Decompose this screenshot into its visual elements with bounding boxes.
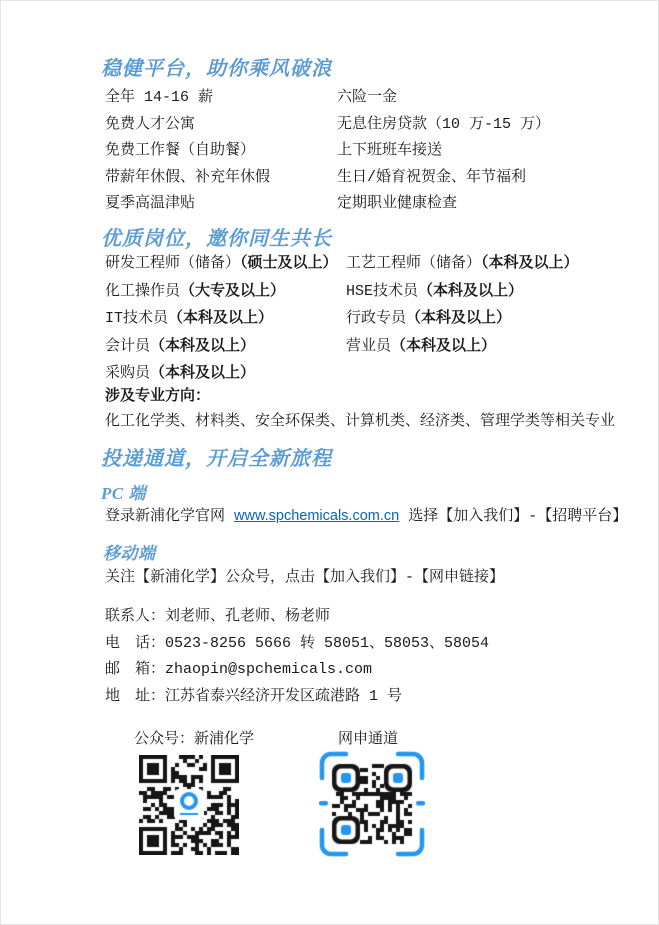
pc-channel-line: 登录新浦化学官网 www.spchemicals.com.cn 选择【加入我们】… (105, 504, 627, 525)
position-requirement: （本科及以上） (168, 310, 273, 327)
apply-section-heading: 投递通道，开启全新旅程 (101, 442, 332, 471)
wechat-qr-code (139, 755, 239, 855)
position-item: IT技术员（本科及以上） (105, 305, 346, 333)
contact-block: 联系人：刘老师、孔老师、杨老师 电 话：0523-8256 5666 转 580… (105, 604, 489, 710)
official-website-link[interactable]: www.spchemicals.com.cn (234, 508, 399, 524)
positions-list: 研发工程师（储备）（硕士及以上） 工艺工程师（储备）（本科及以上） 化工操作员（… (105, 250, 579, 388)
position-requirement: （本科及以上） (406, 310, 511, 327)
position-item: 会计员（本科及以上） (105, 333, 346, 361)
benefit-item: 夏季高温津贴 (105, 191, 337, 218)
position-requirement: （本科及以上） (150, 338, 255, 355)
position-item: 化工操作员（大专及以上） (105, 278, 346, 306)
position-item (346, 360, 579, 388)
position-requirement: （本科及以上） (391, 338, 496, 355)
position-item: 营业员（本科及以上） (346, 333, 579, 361)
position-item: HSE技术员（本科及以上） (346, 278, 579, 306)
position-requirement: （本科及以上） (418, 283, 523, 300)
benefit-item: 全年 14-16 薪 (105, 85, 337, 112)
contact-email: 邮 箱：zhaopin@spchemicals.com (105, 657, 489, 684)
contact-email-value: zhaopin@spchemicals.com (165, 661, 372, 678)
recruitment-flyer-page: 稳健平台，助你乘风破浪 全年 14-16 薪 六险一金 免费人才公寓 无息住房贷… (0, 0, 659, 925)
pc-channel-heading: PC 端 (101, 479, 146, 504)
benefit-item: 带薪年休假、补充年休假 (105, 165, 337, 192)
contact-address-value: 江苏省泰兴经济开发区疏港路 1 号 (165, 688, 402, 705)
position-requirement: （本科及以上） (481, 255, 579, 272)
position-requirement: （硕士及以上） (240, 255, 338, 272)
benefit-item: 生日/婚育祝贺金、年节福利 (337, 165, 550, 192)
application-qr-code (319, 751, 425, 857)
position-item: 工艺工程师（储备）（本科及以上） (346, 250, 579, 278)
position-item: 研发工程师（储备）（硕士及以上） (105, 250, 346, 278)
pc-line-suffix: 选择【加入我们】-【招聘平台】 (399, 508, 627, 525)
benefit-item: 无息住房贷款（10 万-15 万） (337, 112, 550, 139)
majors-label: 涉及专业方向： (105, 384, 210, 405)
contact-person-label: 联系人： (105, 608, 165, 625)
benefits-list: 全年 14-16 薪 六险一金 免费人才公寓 无息住房贷款（10 万-15 万）… (105, 85, 550, 218)
benefit-item: 免费人才公寓 (105, 112, 337, 139)
contact-person: 联系人：刘老师、孔老师、杨老师 (105, 604, 489, 631)
benefit-item: 上下班班车接送 (337, 138, 550, 165)
benefit-item: 定期职业健康检查 (337, 191, 550, 218)
contact-phone: 电 话：0523-8256 5666 转 58051、58053、58054 (105, 631, 489, 658)
contact-email-label: 邮 箱： (105, 661, 165, 678)
wechat-qr-label: 公众号：新浦化学 (134, 727, 254, 748)
position-requirement: （本科及以上） (150, 365, 255, 382)
majors-text: 化工化学类、材料类、安全环保类、计算机类、经济类、管理学类等相关专业 (105, 409, 615, 430)
pc-line-prefix: 登录新浦化学官网 (105, 508, 234, 525)
contact-phone-value: 0523-8256 5666 转 58051、58053、58054 (165, 635, 489, 652)
position-item: 行政专员（本科及以上） (346, 305, 579, 333)
contact-address: 地 址：江苏省泰兴经济开发区疏港路 1 号 (105, 684, 489, 711)
benefits-section-heading: 稳健平台，助你乘风破浪 (101, 52, 332, 81)
positions-section-heading: 优质岗位，邀你同生共长 (101, 222, 332, 251)
contact-phone-label: 电 话： (105, 635, 165, 652)
benefit-item: 免费工作餐（自助餐） (105, 138, 337, 165)
benefit-item: 六险一金 (337, 85, 550, 112)
application-qr-label: 网申通道 (338, 727, 398, 748)
mobile-channel-heading: 移动端 (103, 539, 156, 564)
contact-person-value: 刘老师、孔老师、杨老师 (165, 608, 330, 625)
contact-address-label: 地 址： (105, 688, 165, 705)
position-requirement: （大专及以上） (180, 283, 285, 300)
mobile-channel-line: 关注【新浦化学】公众号，点击【加入我们】-【网申链接】 (105, 565, 504, 586)
